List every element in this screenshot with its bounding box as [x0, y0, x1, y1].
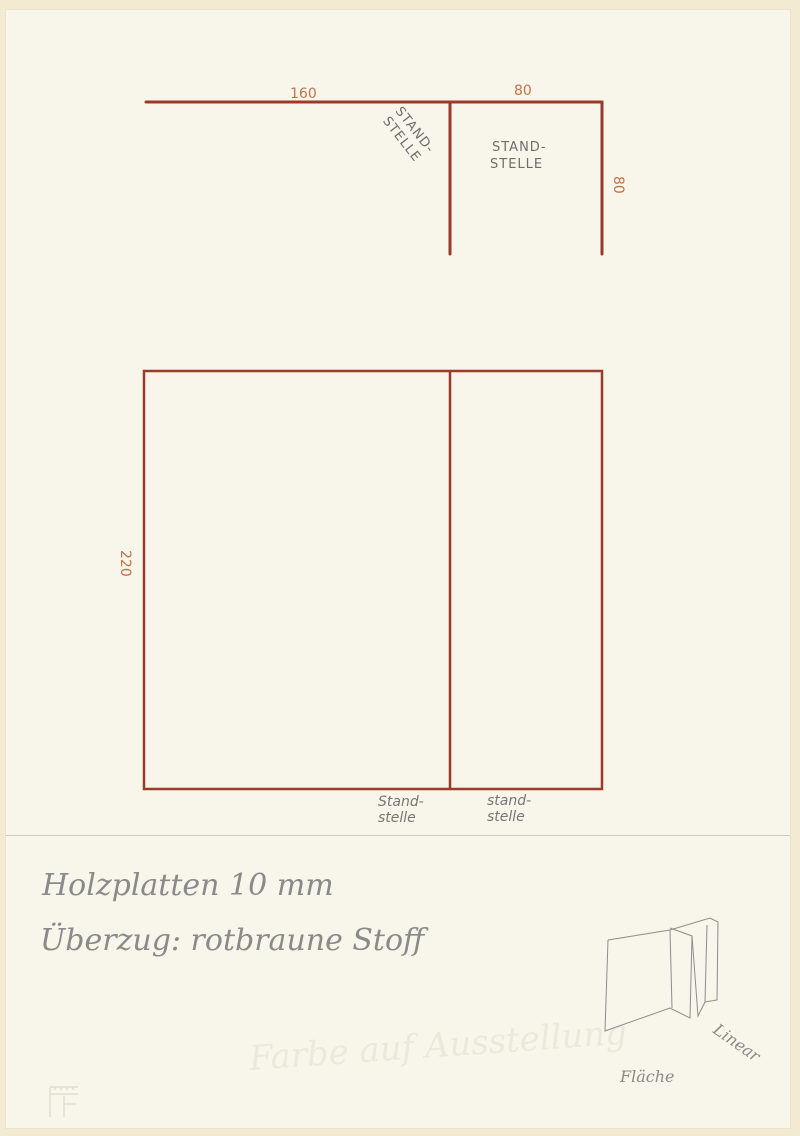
label-linear: Linear — [709, 1019, 765, 1066]
standstelle-left-label: Stand- stelle — [378, 794, 424, 826]
sketch-fold-1 — [670, 930, 672, 1008]
svg-text:STAND-: STAND- — [492, 140, 547, 155]
dimension-160: 160 — [290, 86, 317, 102]
svg-text:STELLE: STELLE — [490, 157, 543, 172]
collection-stamp-icon — [50, 1087, 78, 1117]
svg-text:stelle: stelle — [487, 809, 525, 825]
technical-drawing: Farbe auf Ausstellung 160 80 80 STAND- S… — [0, 0, 800, 1136]
elevation-outline — [144, 371, 602, 789]
svg-text:stand-: stand- — [487, 793, 531, 809]
dimension-80-width: 80 — [514, 83, 532, 99]
dimension-220: 220 — [117, 550, 133, 577]
elevation-view: 220 Stand- stelle stand- stelle — [117, 371, 602, 826]
perspective-sketch: Fläche Linear — [605, 918, 765, 1086]
note-material: Holzplatten 10 mm — [41, 868, 334, 903]
plan-view: 160 80 80 STAND- STELLE STAND- STELLE — [146, 83, 626, 254]
ghost-text: Farbe auf Ausstellung — [247, 1013, 628, 1079]
handwritten-notes: Holzplatten 10 mm Überzug: rotbraune Sto… — [40, 868, 429, 958]
sketch-back-edge — [608, 918, 718, 1002]
sketch-fold-2 — [692, 925, 707, 1016]
standstelle-box-label: STAND- STELLE — [490, 140, 547, 172]
svg-text:stelle: stelle — [378, 810, 416, 826]
svg-text:Stand-: Stand- — [378, 794, 424, 810]
standstelle-right-label: stand- stelle — [487, 793, 531, 825]
label-flaeche: Fläche — [619, 1067, 675, 1086]
note-covering: Überzug: rotbraune Stoff — [40, 922, 429, 958]
dimension-80-depth: 80 — [610, 176, 626, 194]
standstelle-angled-label: STAND- STELLE — [379, 104, 437, 166]
